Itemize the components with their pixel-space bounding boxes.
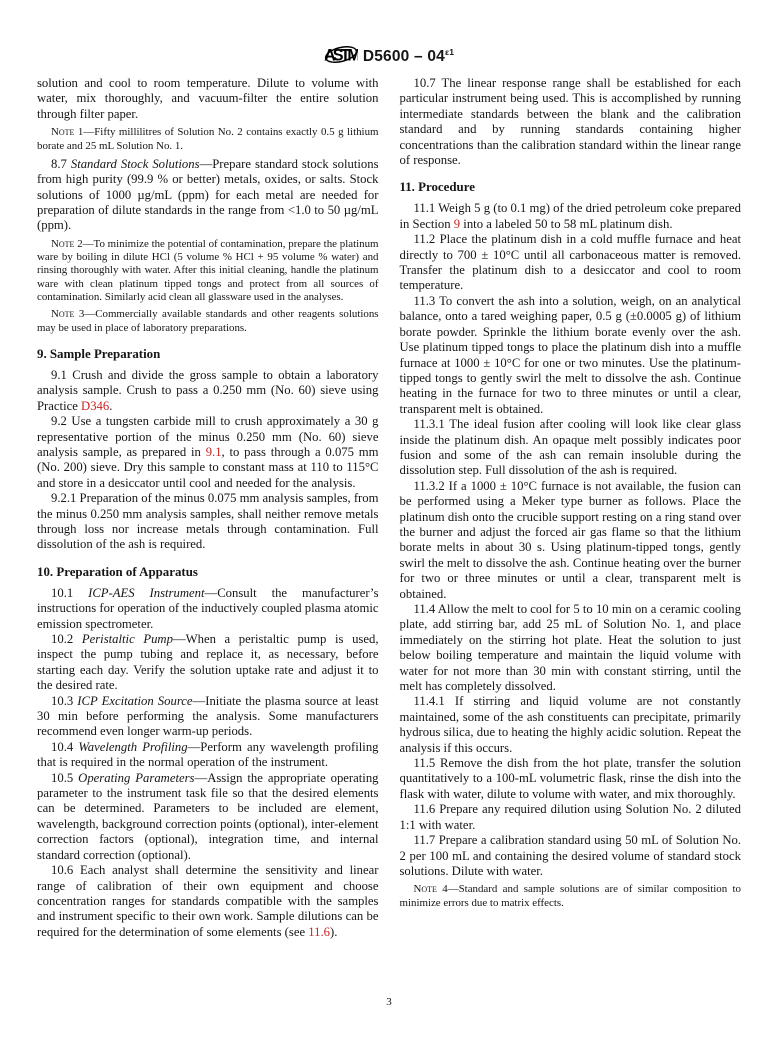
- body-paragraph: 11.4.1 If stirring and liquid volume are…: [400, 694, 742, 756]
- text-run: 10.7 The linear response range shall be …: [400, 76, 742, 167]
- text-run: 10. Preparation of Apparatus: [37, 565, 198, 579]
- ref-link-11.6[interactable]: 11.6: [308, 925, 330, 939]
- text-run: 11.7 Prepare a calibration standard usin…: [400, 833, 742, 878]
- body-paragraph: 11.3.2 If a 1000 ± 10°C furnace is not a…: [400, 479, 742, 602]
- text-run: .: [109, 399, 112, 413]
- text-run: Peristaltic Pump: [82, 632, 173, 646]
- text-run: 11.3 To convert the ash into a solution,…: [400, 294, 742, 416]
- left-column: solution and cool to room temperature. D…: [37, 76, 379, 940]
- body-paragraph: solution and cool to room temperature. D…: [37, 76, 379, 122]
- text-run: Operating Parameters: [78, 771, 194, 785]
- body-paragraph: 11.3 To convert the ash into a solution,…: [400, 294, 742, 417]
- note-label: Note 2—: [51, 238, 94, 250]
- text-run: ).: [330, 925, 337, 939]
- text-run: 11.4 Allow the melt to cool for 5 to 10 …: [400, 602, 742, 693]
- body-paragraph: 11.7 Prepare a calibration standard usin…: [400, 833, 742, 879]
- body-paragraph: 10.6 Each analyst shall determine the se…: [37, 863, 379, 940]
- note-paragraph: Note 1—Fifty millilitres of Solution No.…: [37, 126, 379, 153]
- text-run: 11.6 Prepare any required dilution using…: [400, 802, 742, 831]
- text-run: into a labeled 50 to 58 mL platinum dish…: [460, 217, 672, 231]
- astm-logo-icon: ASTM: [324, 41, 358, 73]
- body-paragraph: 10.7 The linear response range shall be …: [400, 76, 742, 168]
- body-paragraph: 9.1 Crush and divide the gross sample to…: [37, 368, 379, 414]
- note-label: Note 1—: [51, 126, 94, 138]
- text-run: 11. Procedure: [400, 180, 475, 194]
- body-paragraph: 11.2 Place the platinum dish in a cold m…: [400, 232, 742, 294]
- text-run: 10.5: [51, 771, 78, 785]
- text-run: 9.2.1 Preparation of the minus 0.075 mm …: [37, 491, 379, 551]
- text-run: solution and cool to room temperature. D…: [37, 76, 379, 121]
- page-header: ASTM D5600 – 04ε1: [0, 41, 778, 73]
- section-heading: 11. Procedure: [400, 180, 742, 195]
- page-footer: 3: [0, 996, 778, 1008]
- body-paragraph: 9.2.1 Preparation of the minus 0.075 mm …: [37, 491, 379, 553]
- body-paragraph: 11.4 Allow the melt to cool for 5 to 10 …: [400, 602, 742, 694]
- text-run: 8.7: [51, 157, 71, 171]
- body-paragraph: 9.2 Use a tungsten carbide mill to crush…: [37, 414, 379, 491]
- text-run: Standard Stock Solutions: [71, 157, 200, 171]
- ref-link-D346[interactable]: D346: [81, 399, 109, 413]
- text-run: 11.3.1 The ideal fusion after cooling wi…: [400, 417, 742, 477]
- text-run: 9. Sample Preparation: [37, 347, 160, 361]
- svg-text:ASTM: ASTM: [324, 46, 358, 64]
- note-paragraph: Note 4—Standard and sample solutions are…: [400, 883, 742, 910]
- text-run: ICP Excitation Source: [77, 694, 192, 708]
- section-heading: 10. Preparation of Apparatus: [37, 565, 379, 580]
- body-paragraph: 10.2 Peristaltic Pump—When a peristaltic…: [37, 632, 379, 694]
- body-paragraph: 8.7 Standard Stock Solutions—Prepare sta…: [37, 157, 379, 234]
- note-paragraph: Note 3—Commercially available standards …: [37, 308, 379, 335]
- ref-link-9.1[interactable]: 9.1: [206, 445, 222, 459]
- body-paragraph: 10.5 Operating Parameters—Assign the app…: [37, 771, 379, 863]
- text-run: 11.2 Place the platinum dish in a cold m…: [400, 232, 742, 292]
- text-run: 10.2: [51, 632, 82, 646]
- page-number: 3: [386, 996, 392, 1008]
- right-column: 10.7 The linear response range shall be …: [400, 76, 742, 940]
- body-paragraph: 10.4 Wavelength Profiling—Perform any wa…: [37, 740, 379, 771]
- designation-text: D5600 – 04: [363, 48, 445, 65]
- body-paragraph: 11.5 Remove the dish from the hot plate,…: [400, 756, 742, 802]
- text-run: 10.4: [51, 740, 78, 754]
- text-run: 11.4.1 If stirring and liquid volume are…: [400, 694, 742, 754]
- text-run: 11.5 Remove the dish from the hot plate,…: [400, 756, 742, 801]
- text-run: 10.3: [51, 694, 77, 708]
- document-body: solution and cool to room temperature. D…: [37, 76, 741, 940]
- body-paragraph: 11.6 Prepare any required dilution using…: [400, 802, 742, 833]
- note-label: Note 4—: [414, 883, 459, 895]
- note-paragraph: Note 2—To minimize the potential of cont…: [37, 238, 379, 304]
- text-run: ICP-AES Instrument: [88, 586, 204, 600]
- standard-designation: D5600 – 04ε1: [363, 48, 454, 66]
- text-run: Wavelength Profiling: [78, 740, 187, 754]
- body-paragraph: 10.1 ICP-AES Instrument—Consult the manu…: [37, 586, 379, 632]
- body-paragraph: 11.1 Weigh 5 g (to 0.1 mg) of the dried …: [400, 201, 742, 232]
- text-run: 10.1: [51, 586, 88, 600]
- note-label: Note 3—: [51, 308, 95, 320]
- edition-superscript: ε1: [445, 47, 454, 57]
- body-paragraph: 10.3 ICP Excitation Source—Initiate the …: [37, 694, 379, 740]
- text-run: 11.3.2 If a 1000 ± 10°C furnace is not a…: [400, 479, 742, 601]
- body-paragraph: 11.3.1 The ideal fusion after cooling wi…: [400, 417, 742, 479]
- section-heading: 9. Sample Preparation: [37, 347, 379, 362]
